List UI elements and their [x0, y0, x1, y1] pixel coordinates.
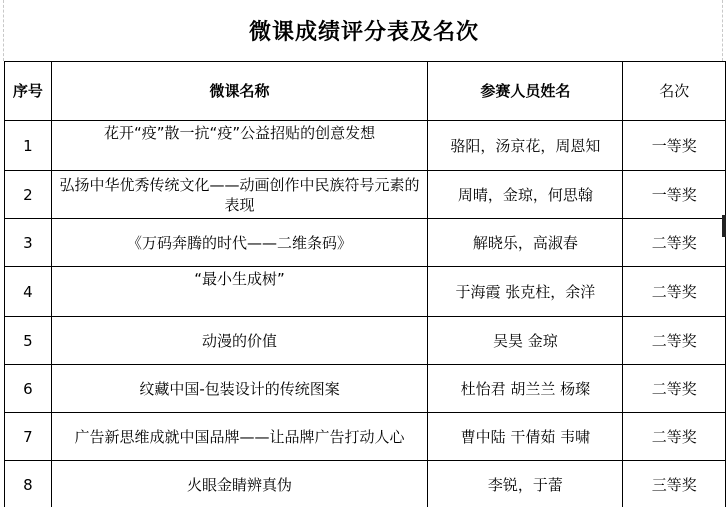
- header-cell-course-name[interactable]: 微课名称: [51, 62, 427, 121]
- cell-rank[interactable]: 二等奖: [623, 317, 726, 365]
- cell-members[interactable]: 吴昊 金琼: [428, 317, 623, 365]
- header-row: 序号 微课名称 参赛人员姓名 名次: [5, 62, 726, 121]
- table-row: 5 动漫的价值 吴昊 金琼 二等奖: [5, 317, 726, 365]
- cell-members[interactable]: 于海霞 张克柱，余洋: [428, 267, 623, 317]
- cell-course-name[interactable]: 动漫的价值: [51, 317, 427, 365]
- cell-rank[interactable]: 二等奖: [623, 219, 726, 267]
- cell-rank[interactable]: 二等奖: [623, 365, 726, 413]
- cell-members[interactable]: 李锐，于蕾: [428, 461, 623, 507]
- cell-members[interactable]: 骆阳，汤京花，周恩知: [428, 121, 623, 171]
- cell-rank[interactable]: 一等奖: [623, 121, 726, 171]
- score-table: 序号 微课名称 参赛人员姓名 名次 1 花开“疫”散一抗“疫”公益招贴的创意发想…: [4, 61, 726, 507]
- table-row: 2 弘扬中华优秀传统文化——动画创作中民族符号元素的表现 周晴，金琼，何思翰 一…: [5, 171, 726, 219]
- table-row: 6 纹藏中国-包装设计的传统图案 杜怡君 胡兰兰 杨璨 二等奖: [5, 365, 726, 413]
- cell-rank[interactable]: 二等奖: [623, 413, 726, 461]
- cell-course-name[interactable]: 花开“疫”散一抗“疫”公益招贴的创意发想: [51, 121, 427, 171]
- cell-no[interactable]: 7: [5, 413, 52, 461]
- cell-course-name[interactable]: “最小生成树”: [51, 267, 427, 317]
- cell-no[interactable]: 3: [5, 219, 52, 267]
- cell-course-name[interactable]: 火眼金睛辨真伪: [51, 461, 427, 507]
- cell-rank[interactable]: 二等奖: [623, 267, 726, 317]
- cell-course-name[interactable]: 广告新思维成就中国品牌——让品牌广告打动人心: [51, 413, 427, 461]
- table-row: 3 《万码奔腾的时代——二维条码》 解晓乐，高淑春 二等奖: [5, 219, 726, 267]
- cell-course-name[interactable]: 《万码奔腾的时代——二维条码》: [51, 219, 427, 267]
- cell-no[interactable]: 1: [5, 121, 52, 171]
- cell-members[interactable]: 曹中陆 干倩茹 韦啸: [428, 413, 623, 461]
- table-row: 7 广告新思维成就中国品牌——让品牌广告打动人心 曹中陆 干倩茹 韦啸 二等奖: [5, 413, 726, 461]
- cell-no[interactable]: 6: [5, 365, 52, 413]
- cell-course-name[interactable]: 弘扬中华优秀传统文化——动画创作中民族符号元素的表现: [51, 171, 427, 219]
- sheet-title: 微课成绩评分表及名次: [4, 0, 724, 61]
- cell-rank[interactable]: 一等奖: [623, 171, 726, 219]
- header-cell-rank[interactable]: 名次: [623, 62, 726, 121]
- cell-no[interactable]: 2: [5, 171, 52, 219]
- header-cell-members[interactable]: 参赛人员姓名: [428, 62, 623, 121]
- cell-course-name[interactable]: 纹藏中国-包装设计的传统图案: [51, 365, 427, 413]
- cell-members[interactable]: 杜怡君 胡兰兰 杨璨: [428, 365, 623, 413]
- table-row: 1 花开“疫”散一抗“疫”公益招贴的创意发想 骆阳，汤京花，周恩知 一等奖: [5, 121, 726, 171]
- table-row: 4 “最小生成树” 于海霞 张克柱，余洋 二等奖: [5, 267, 726, 317]
- cell-cursor-marker: [722, 215, 726, 237]
- table-row: 8 火眼金睛辨真伪 李锐，于蕾 三等奖: [5, 461, 726, 507]
- header-cell-no[interactable]: 序号: [5, 62, 52, 121]
- cell-members[interactable]: 周晴，金琼，何思翰: [428, 171, 623, 219]
- cell-rank[interactable]: 三等奖: [623, 461, 726, 507]
- cell-members[interactable]: 解晓乐，高淑春: [428, 219, 623, 267]
- cell-no[interactable]: 5: [5, 317, 52, 365]
- cell-no[interactable]: 4: [5, 267, 52, 317]
- cell-no[interactable]: 8: [5, 461, 52, 507]
